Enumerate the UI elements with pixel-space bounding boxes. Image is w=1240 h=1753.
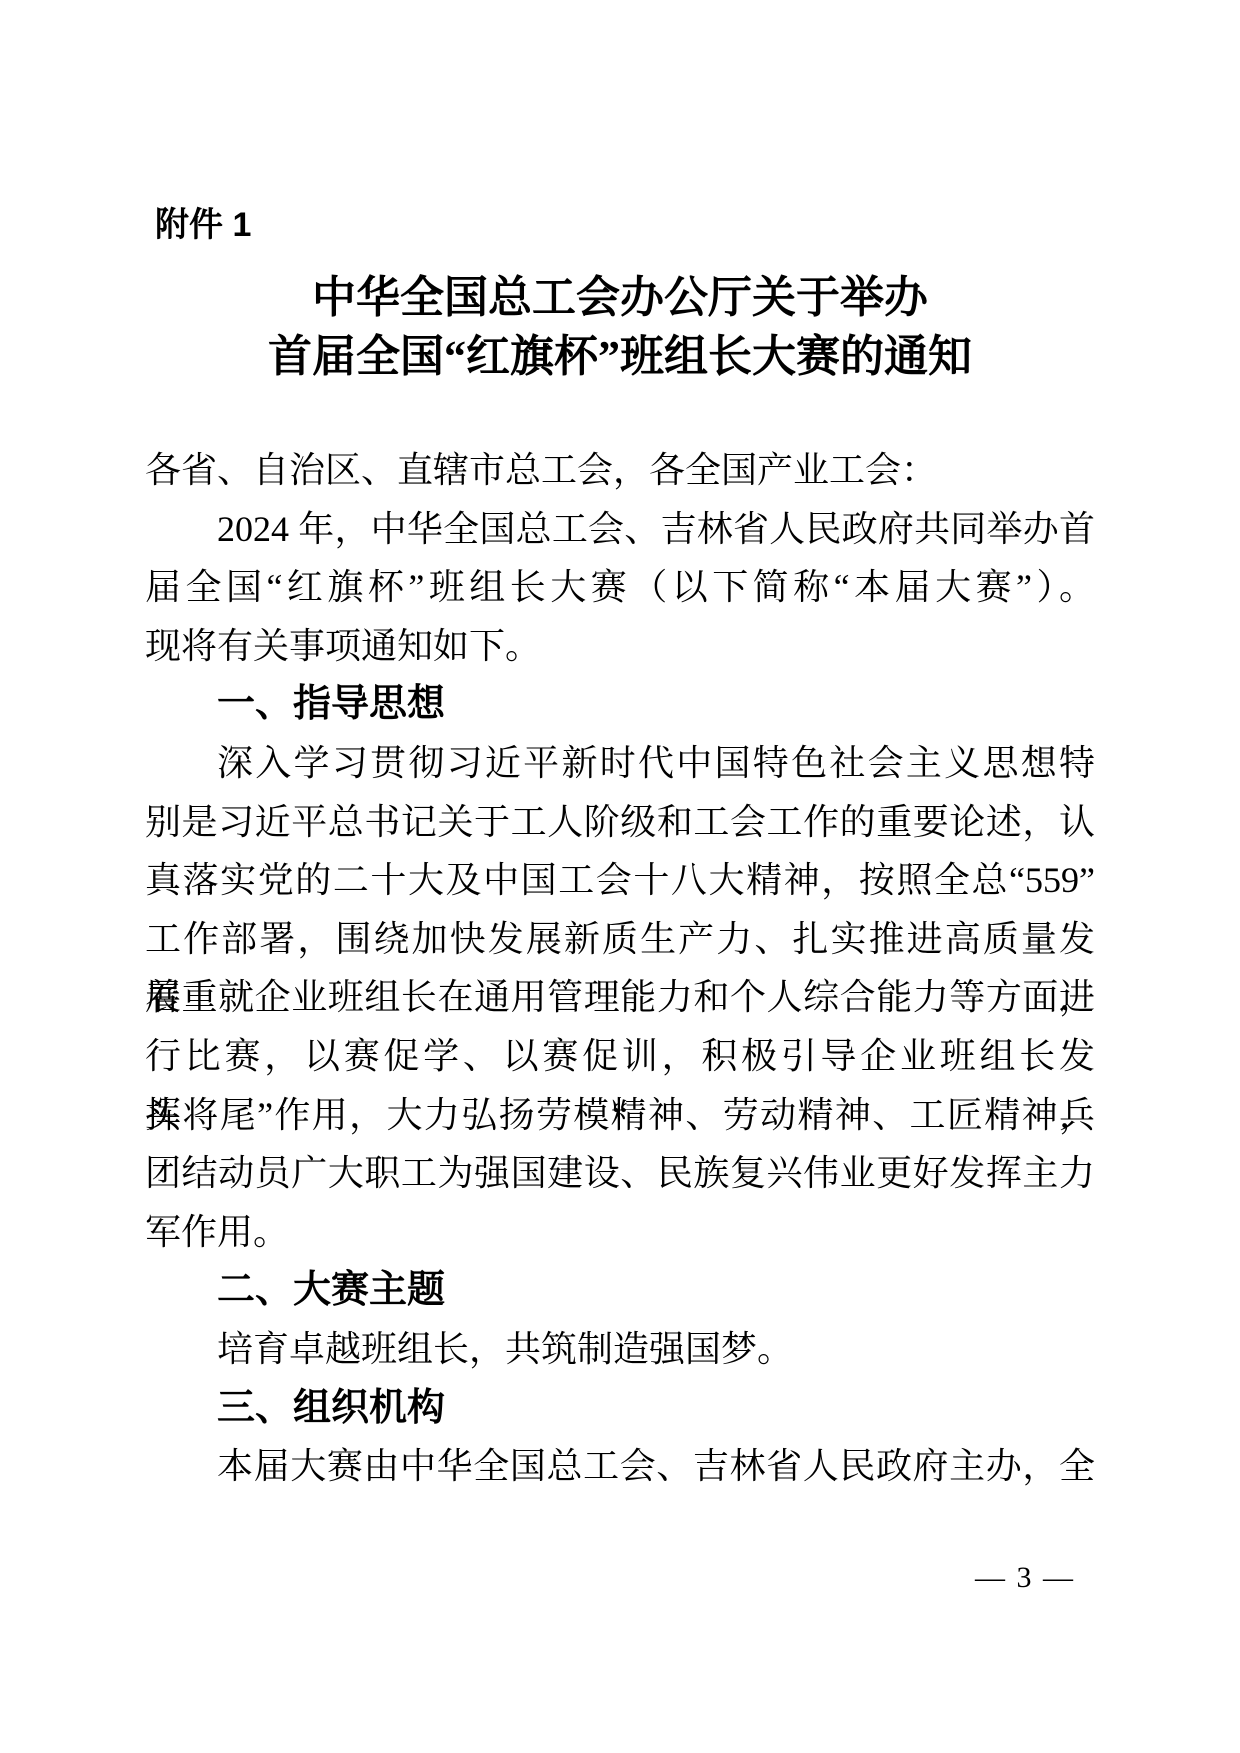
section-heading: 二、大赛主题: [145, 1261, 1095, 1320]
document-page: 附件 1 中华全国总工会办公厅关于举办 首届全国“红旗杯”班组长大赛的通知 各省…: [0, 0, 1240, 1753]
document-title-line-2: 首届全国“红旗杯”班组长大赛的通知: [0, 327, 1240, 386]
body-line: 头将尾”作用，大力弘扬劳模精神、劳动精神、工匠精神，: [145, 1086, 1095, 1145]
body-line: 本届大赛由中华全国总工会、吉林省人民政府主办，全: [145, 1437, 1095, 1496]
body-line: 工作部署，围绕加快发展新质生产力、扎实推进高质量发展，: [145, 910, 1095, 969]
body-line: 各省、自治区、直辖市总工会，各全国产业工会：: [145, 441, 1095, 500]
attachment-label: 附件 1: [155, 196, 251, 254]
body-line: 着重就企业班组长在通用管理能力和个人综合能力等方面进: [145, 968, 1095, 1027]
body-line: 培育卓越班组长，共筑制造强国梦。: [145, 1320, 1095, 1379]
page-number: — 3 —: [975, 1560, 1075, 1596]
body-line: 军作用。: [145, 1203, 1095, 1262]
body-line: 现将有关事项通知如下。: [145, 617, 1095, 676]
body-line: 别是习近平总书记关于工人阶级和工会工作的重要论述，认: [145, 793, 1095, 852]
document-title: 中华全国总工会办公厅关于举办 首届全国“红旗杯”班组长大赛的通知: [0, 268, 1240, 386]
section-heading: 三、组织机构: [145, 1379, 1095, 1438]
document-title-line-1: 中华全国总工会办公厅关于举办: [0, 268, 1240, 327]
body-line: 行比赛，以赛促学、以赛促训，积极引导企业班组长发挥“兵: [145, 1027, 1095, 1086]
body-line: 深入学习贯彻习近平新时代中国特色社会主义思想特: [145, 734, 1095, 793]
body-line: 团结动员广大职工为强国建设、民族复兴伟业更好发挥主力: [145, 1144, 1095, 1203]
body-line: 届全国“红旗杯”班组长大赛（以下简称“本届大赛”）。: [145, 558, 1095, 617]
body-line: 2024 年，中华全国总工会、吉林省人民政府共同举办首: [145, 500, 1095, 559]
body-lines: 各省、自治区、直辖市总工会，各全国产业工会：2024 年，中华全国总工会、吉林省…: [145, 441, 1095, 1496]
section-heading: 一、指导思想: [145, 675, 1095, 734]
body-line: 真落实党的二十大及中国工会十八大精神，按照全总“559”: [145, 851, 1095, 910]
